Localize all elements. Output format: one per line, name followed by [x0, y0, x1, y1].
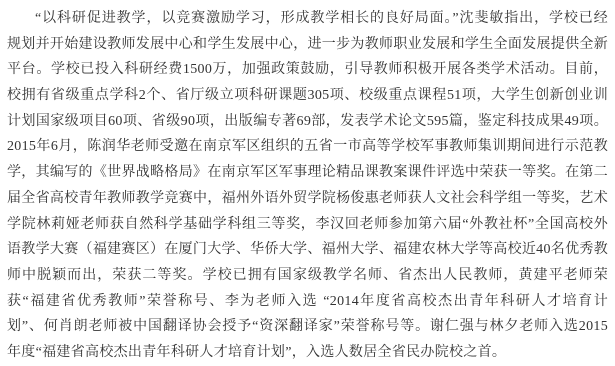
article-body: “以科研促进教学，以竞赛激励学习，形成教学相长的良好局面。”沈斐敏指出，学校已经… — [0, 0, 615, 366]
paragraph-line: 平台。学校已投入科研经费1500万，加强政策鼓励，引导教师积极开展各类学术活动。… — [7, 57, 608, 83]
paragraph-line: 规划并开始建设教师发展中心和学生发展中心，进一步为教师职业发展和学生全面发展提供… — [7, 32, 608, 58]
paragraph-line: 2015年6月，陈润华老师受邀在南京军区组织的五省一市高等学校军事教师集训期间进… — [7, 134, 608, 160]
paragraph-line: 学，其编写的《世界战略格局》在南京军区军事理论精品课教案课件评选中荣获一等奖。在… — [7, 160, 608, 186]
paragraph-line: 校拥有省级重点学科2个、省厅级立项科研课题305项、校级重点课程51项，大学生创… — [7, 83, 608, 109]
paragraph-line: 年度“福建省高校杰出青年科研人才培育计划”，入选人数居全省民办院校之首。 — [7, 340, 608, 366]
paragraph-line: 划”、何肖朗老师被中国翻译协会授予“资深翻译家”荣誉称号等。谢仁强与林夕老师入选… — [7, 314, 608, 340]
paragraph-line: 语教学大赛（福建赛区）在厦门大学、华侨大学、福州大学、福建农林大学等高校近40名… — [7, 237, 608, 263]
paragraph-line: 师中脱颖而出，荣获二等奖。学校已拥有国家级教学名师、省杰出人民教师，黄建平老师荣 — [7, 263, 608, 289]
paragraph-line: 获“福建省优秀教师”荣誉称号、李为老师入选 “2014年度省高校杰出青年科研人才… — [7, 289, 608, 315]
paragraph-line: “以科研促进教学，以竞赛激励学习，形成教学相长的良好局面。”沈斐敏指出，学校已经 — [7, 6, 608, 32]
paragraph-line: 计划国家级项目60项、省级90项，出版编专著69部，发表学术论文595篇，鉴定科… — [7, 109, 608, 135]
paragraph-line: 届全省高校青年教师教学竞赛中，福州外语外贸学院杨俊惠老师获人文社会科学组一等奖，… — [7, 186, 608, 212]
paragraph-line: 学院林莉娅老师获自然科学基础学科组三等奖，李汉回老师参加第六届“外教社杯”全国高… — [7, 212, 608, 238]
